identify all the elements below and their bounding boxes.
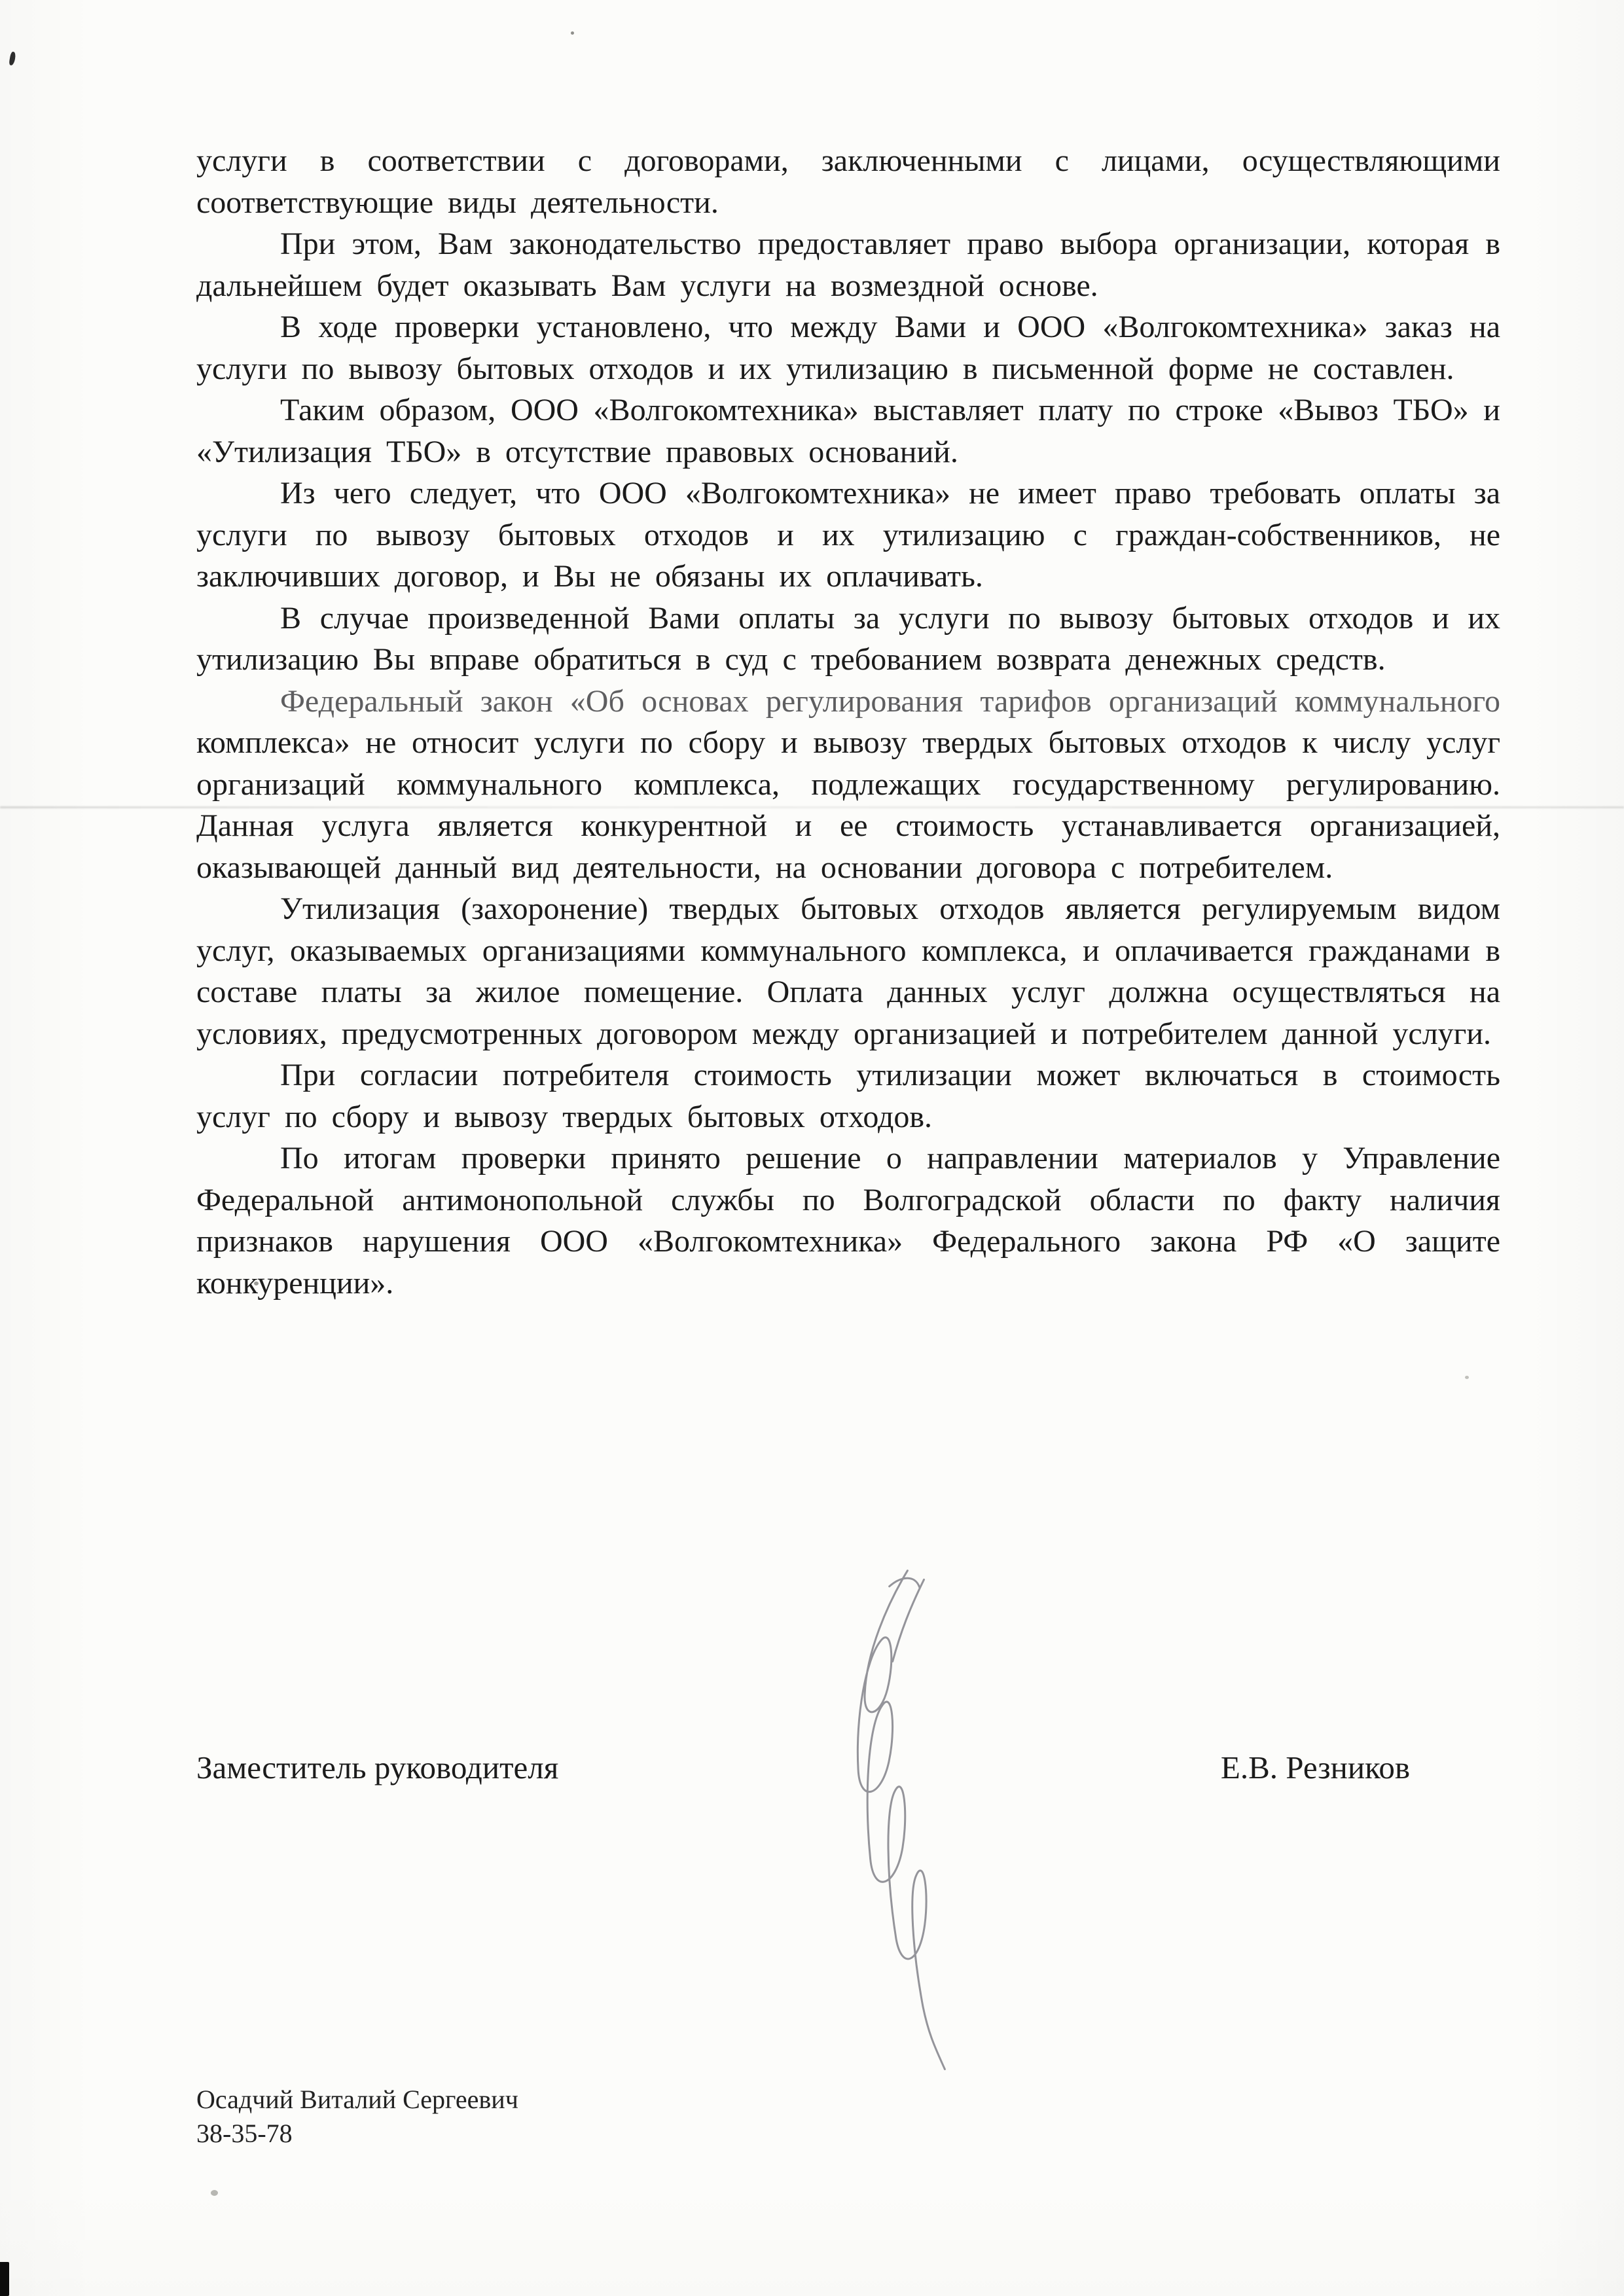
paragraph: Федеральный закон «Об основах регулирова… xyxy=(196,681,1500,889)
signer-title: Заместитель руководителя xyxy=(196,1749,558,1786)
paragraph: Утилизация (захоронение) твердых бытовых… xyxy=(196,888,1500,1054)
scan-speck xyxy=(211,2190,218,2196)
paragraph: В случае произведенной Вами оплаты за ус… xyxy=(196,598,1500,681)
paragraph: Таким образом, ООО «Волгокомтехника» выс… xyxy=(196,389,1500,473)
paragraph: услуги в соответствии с договорами, закл… xyxy=(196,140,1500,223)
paragraph: По итогам проверки принято решение о нап… xyxy=(196,1138,1500,1304)
letter-body: услуги в соответствии с договорами, закл… xyxy=(196,140,1500,1304)
signature-scribble-icon xyxy=(721,1558,1083,2077)
contact-phone: 38-35-78 xyxy=(196,2117,518,2151)
scan-speck xyxy=(1465,1376,1469,1379)
scan-fold-line xyxy=(0,806,1624,808)
footer-contact: Осадчий Виталий Сергеевич 38-35-78 xyxy=(196,2083,518,2151)
scan-speck xyxy=(571,31,574,35)
letter-page: услуги в соответствии с договорами, закл… xyxy=(0,0,1624,2296)
paragraph: В ходе проверки установлено, что между В… xyxy=(196,306,1500,389)
paragraph: При согласии потребителя стоимость утили… xyxy=(196,1054,1500,1138)
signer-name: Е.В. Резников xyxy=(1221,1749,1410,1786)
handwritten-signature xyxy=(721,1558,1083,2077)
scan-speck-mark xyxy=(9,51,16,65)
paragraph: Из чего следует, что ООО «Волгокомтехник… xyxy=(196,473,1500,598)
contact-name: Осадчий Виталий Сергеевич xyxy=(196,2083,518,2117)
scan-speck xyxy=(254,1282,259,1285)
signature-row: Заместитель руководителя Е.В. Резников xyxy=(196,1749,1500,1786)
scanner-edge-mark xyxy=(0,2262,9,2296)
paragraph: При этом, Вам законодательство предостав… xyxy=(196,223,1500,306)
